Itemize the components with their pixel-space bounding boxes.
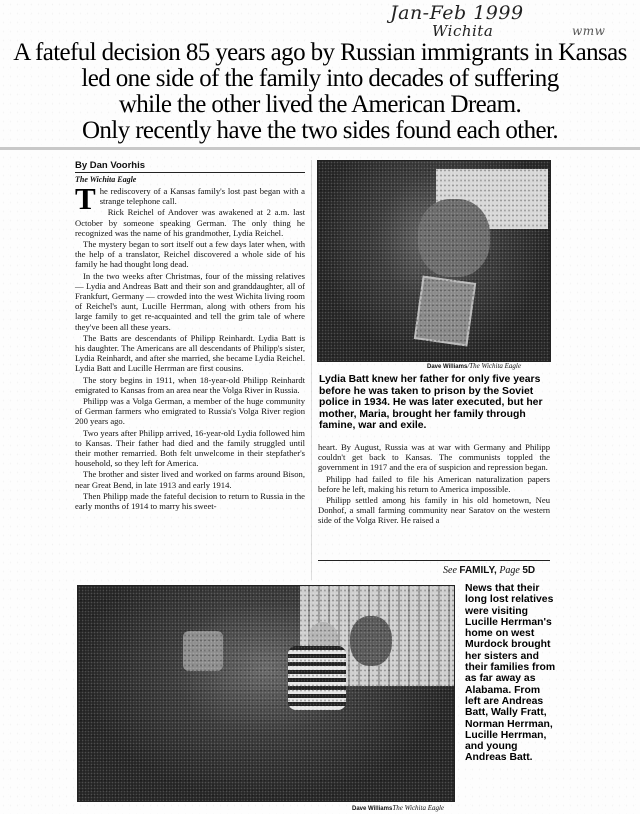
photo-detail-striped-shirt xyxy=(288,646,346,710)
article-column-left: The rediscovery of a Kansas family's los… xyxy=(75,186,305,512)
handwritten-place: Wichita xyxy=(432,22,493,40)
photo-detail-head xyxy=(350,616,392,666)
article-paragraph: Then Philipp made the fateful decision t… xyxy=(75,491,305,511)
photo-detail-face xyxy=(418,199,490,277)
headline-line-1: A fateful decision 85 years ago by Russi… xyxy=(0,40,640,66)
photographer-name: Dave Williams xyxy=(427,364,467,370)
continued-jump-line: See FAMILY, Page 5D xyxy=(443,565,535,576)
handwritten-scribble: wmw xyxy=(572,24,605,38)
byline-author: By Dan Voorhis xyxy=(75,160,305,173)
photo-detail-held-photograph xyxy=(414,276,476,347)
photo-lydia-batt xyxy=(317,160,551,362)
article-paragraph: The story begins in 1911, when 18-year-o… xyxy=(75,375,305,395)
photo-publication: The Wichita Eagle xyxy=(392,804,444,812)
headline-line-2: led one side of the family into decades … xyxy=(0,66,640,92)
jump-section: FAMILY, xyxy=(459,565,496,576)
jump-divider xyxy=(318,560,550,561)
photo-detail-person xyxy=(183,631,223,671)
drop-cap: T xyxy=(75,187,96,211)
article-paragraph: Rick Reichel of Andover was awakened at … xyxy=(75,207,305,238)
header-divider xyxy=(0,147,640,150)
photo-detail-head xyxy=(308,622,338,654)
photo-credit-bottom: Dave WilliamsThe Wichita Eagle xyxy=(352,804,444,812)
article-paragraph: Philipp was a Volga German, a member of … xyxy=(75,396,305,427)
jump-page-number: 5D xyxy=(522,565,535,576)
handwritten-date: Jan-Feb 1999 xyxy=(390,2,524,24)
photo-detail-background xyxy=(436,169,548,229)
article-paragraph: Two years after Philipp arrived, 16-year… xyxy=(75,428,305,469)
photo-publication: /The Wichita Eagle xyxy=(467,362,521,370)
article-paragraph: The brother and sister lived and worked … xyxy=(75,469,305,489)
photo-family-gathering xyxy=(77,585,455,802)
article-paragraph: Philipp settled among his family in his … xyxy=(318,495,550,526)
photo-caption-top: Lydia Batt knew her father for only five… xyxy=(319,374,554,432)
column-divider xyxy=(311,160,312,580)
photo-caption-bottom: News that their long lost relatives were… xyxy=(465,583,557,764)
article-paragraph: The rediscovery of a Kansas family's los… xyxy=(75,186,305,206)
photographer-name: Dave Williams xyxy=(352,806,392,812)
photo-detail-window-blinds xyxy=(300,586,454,686)
article-paragraph: heart. By August, Russia was at war with… xyxy=(318,442,550,473)
article-column-right: heart. By August, Russia was at war with… xyxy=(318,442,550,527)
headline-line-4: Only recently have the two sides found e… xyxy=(0,118,640,144)
article-paragraph: The mystery began to sort itself out a f… xyxy=(75,239,305,270)
article-paragraph: Philipp had failed to file his American … xyxy=(318,474,550,494)
headline-line-3: while the other lived the American Dream… xyxy=(0,92,640,118)
photo-credit-top: Dave Williams/The Wichita Eagle xyxy=(427,362,521,370)
article-paragraph: The Batts are descendants of Philipp Rei… xyxy=(75,333,305,374)
headline: A fateful decision 85 years ago by Russi… xyxy=(0,40,640,144)
article-paragraph: In the two weeks after Christmas, four o… xyxy=(75,271,305,332)
